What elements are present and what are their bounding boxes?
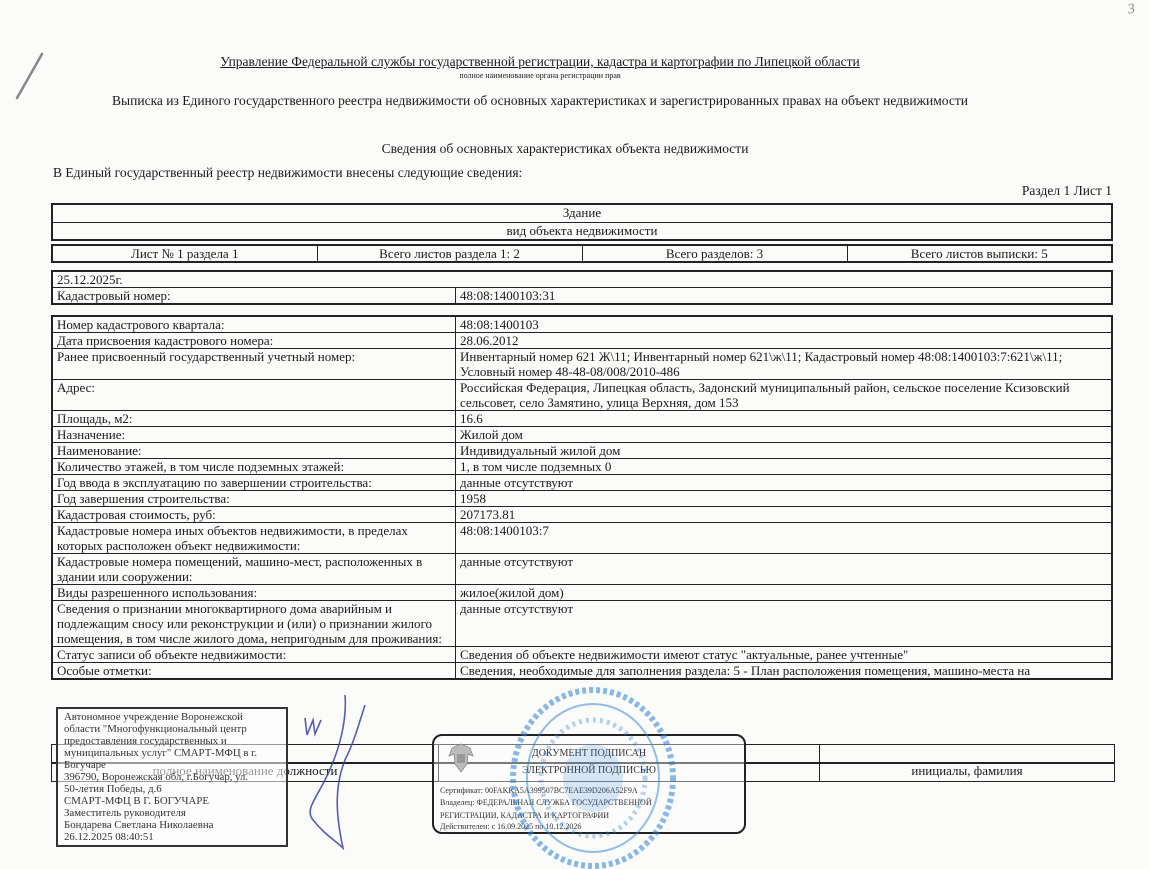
sheet-of-section: Лист № 1 раздела 1 (52, 245, 317, 262)
table-row: Год ввода в эксплуатацию по завершении с… (52, 475, 1112, 491)
esign-owner-line1: Владелец: ФЕДЕРАЛЬНАЯ СЛУЖБА ГОСУДАРСТВЕ… (440, 798, 652, 807)
row-label: Виды разрешенного использования: (52, 585, 456, 601)
stamp-line: Бондарева Светлана Николаевна (64, 819, 280, 831)
table-row: Дата присвоения кадастрового номера:28.0… (52, 333, 1112, 349)
stamp-line: СМАРТ-МФЦ В Г. БОГУЧАРЕ (64, 795, 280, 807)
esign-title-line2: ЭЛЕКТРОННОЙ ПОДПИСЬЮ (434, 765, 744, 776)
row-value: Сведения об объекте недвижимости имеют с… (456, 647, 1113, 663)
name-caption: инициалы, фамилия (819, 763, 1114, 781)
esign-certificate: Сертификат: 00FAKKA5A399507BC7EAE39D206A… (440, 786, 638, 795)
stamp-line: области "Многофункциональный центр (64, 723, 280, 735)
row-value: 48:08:1400103 (456, 316, 1113, 333)
row-label: Особые отметки: (52, 663, 456, 680)
page-number-handwritten: 3 (1127, 2, 1137, 19)
row-value: Сведения, необходимые для заполнения раз… (456, 663, 1113, 680)
row-label: Номер кадастрового квартала: (52, 316, 456, 333)
characteristics-table: Номер кадастрового квартала:48:08:140010… (51, 315, 1113, 680)
section-sheet-reference: Раздел 1 Лист 1 (1022, 183, 1112, 199)
table-row: Год завершения строительства:1958 (52, 491, 1112, 507)
row-value: Инвентарный номер 621 Ж\11; Инвентарный … (456, 349, 1113, 380)
row-value: данные отсутствуют (456, 554, 1113, 585)
row-value: Жилой дом (456, 427, 1113, 443)
cadastral-number-label: Кадастровый номер: (52, 288, 456, 305)
table-row: Сведения о признании многоквартирного до… (52, 601, 1112, 647)
stamp-line: 50-летия Победы, д.6 (64, 783, 280, 795)
stamp-line: муниципальных услуг" СМАРТ-МФЦ в г. (64, 747, 280, 759)
table-row: Кадастровая стоимость, руб:207173.81 (52, 507, 1112, 523)
row-label: Статус записи об объекте недвижимости: (52, 647, 456, 663)
row-value: данные отсутствуют (456, 475, 1113, 491)
registration-authority-name: Управление Федеральной службы государств… (0, 54, 1080, 70)
esign-owner-line2: РЕГИСТРАЦИИ, КАДАСТРА И КАРТОГРАФИИ (440, 811, 609, 820)
row-label: Площадь, м2: (52, 411, 456, 427)
row-label: Год ввода в эксплуатацию по завершении с… (52, 475, 456, 491)
table-row: Особые отметки:Сведения, необходимые для… (52, 663, 1112, 680)
table-row: Номер кадастрового квартала:48:08:140010… (52, 316, 1112, 333)
table-row: Площадь, м2:16.6 (52, 411, 1112, 427)
row-label: Год завершения строительства: (52, 491, 456, 507)
electronic-signature-box: ДОКУМЕНТ ПОДПИСАН ЭЛЕКТРОННОЙ ПОДПИСЬЮ С… (432, 734, 746, 834)
registration-authority-caption: полное наименование органа регистрации п… (0, 71, 1080, 80)
row-label: Назначение: (52, 427, 456, 443)
document-title: Выписка из Единого государственного реес… (0, 93, 1080, 109)
extract-head-table: 25.12.2025г. Кадастровый номер: 48:08:14… (51, 270, 1113, 305)
table-row: Кадастровые номера помещений, машино-мес… (52, 554, 1112, 585)
esign-validity: Действителен: с 16.09.2025 по 10.12.2026 (440, 822, 581, 831)
stamp-line: предоставления государственных и (64, 735, 280, 747)
row-label: Кадастровые номера иных объектов недвижи… (52, 523, 456, 554)
section-title: Сведения об основных характеристиках объ… (0, 141, 1130, 157)
object-kind-table: Здание вид объекта недвижимости (51, 203, 1113, 241)
stamp-line: Заместитель руководителя (64, 807, 280, 819)
table-row: Виды разрешенного использования:жилое(жи… (52, 585, 1112, 601)
row-label: Кадастровая стоимость, руб: (52, 507, 456, 523)
row-label: Кадастровые номера помещений, машино-мес… (52, 554, 456, 585)
row-value: жилое(жилой дом) (456, 585, 1113, 601)
sheets-info-table: Лист № 1 раздела 1 Всего листов раздела … (51, 244, 1113, 263)
table-row: Адрес:Российская Федерация, Липецкая обл… (52, 380, 1112, 411)
row-value: данные отсутствуют (456, 601, 1113, 647)
stamp-line: 396790, Воронежская обл, г.Богучар, ул. (64, 771, 280, 783)
mfc-certification-stamp: Автономное учреждение Воронежской област… (56, 707, 288, 847)
row-value: 1, в том числе подземных 0 (456, 459, 1113, 475)
table-row: Наименование:Индивидуальный жилой дом (52, 443, 1112, 459)
intro-text: В Единый государственный реестр недвижим… (53, 165, 522, 181)
row-label: Дата присвоения кадастрового номера: (52, 333, 456, 349)
table-row: Статус записи об объекте недвижимости:Св… (52, 647, 1112, 663)
signature-name-cell (819, 745, 1114, 763)
row-value: 1958 (456, 491, 1113, 507)
extract-date: 25.12.2025г. (52, 271, 1112, 288)
total-extract-sheets: Всего листов выписки: 5 (847, 245, 1112, 262)
total-section-sheets: Всего листов раздела 1: 2 (317, 245, 582, 262)
row-value: Индивидуальный жилой дом (456, 443, 1113, 459)
row-label: Сведения о признании многоквартирного до… (52, 601, 456, 647)
table-row: Ранее присвоенный государственный учетны… (52, 349, 1112, 380)
object-kind-value: Здание (52, 204, 1112, 222)
stamp-line: 26.12.2025 08:40:51 (64, 831, 280, 843)
row-label: Ранее присвоенный государственный учетны… (52, 349, 456, 380)
esign-title-line1: ДОКУМЕНТ ПОДПИСАН (434, 748, 744, 759)
row-value: 16.6 (456, 411, 1113, 427)
table-row: Количество этажей, в том числе подземных… (52, 459, 1112, 475)
table-row: Назначение:Жилой дом (52, 427, 1112, 443)
row-value: 28.06.2012 (456, 333, 1113, 349)
cadastral-number-value: 48:08:1400103:31 (456, 288, 1113, 305)
row-label: Адрес: (52, 380, 456, 411)
row-value: 207173.81 (456, 507, 1113, 523)
stamp-line: Автономное учреждение Воронежской (64, 711, 280, 723)
total-sections: Всего разделов: 3 (582, 245, 847, 262)
row-value: Российская Федерация, Липецкая область, … (456, 380, 1113, 411)
row-label: Наименование: (52, 443, 456, 459)
stamp-line: Богучаре (64, 759, 280, 771)
table-row: Кадастровые номера иных объектов недвижи… (52, 523, 1112, 554)
object-kind-caption: вид объекта недвижимости (52, 222, 1112, 240)
row-value: 48:08:1400103:7 (456, 523, 1113, 554)
row-label: Количество этажей, в том числе подземных… (52, 459, 456, 475)
